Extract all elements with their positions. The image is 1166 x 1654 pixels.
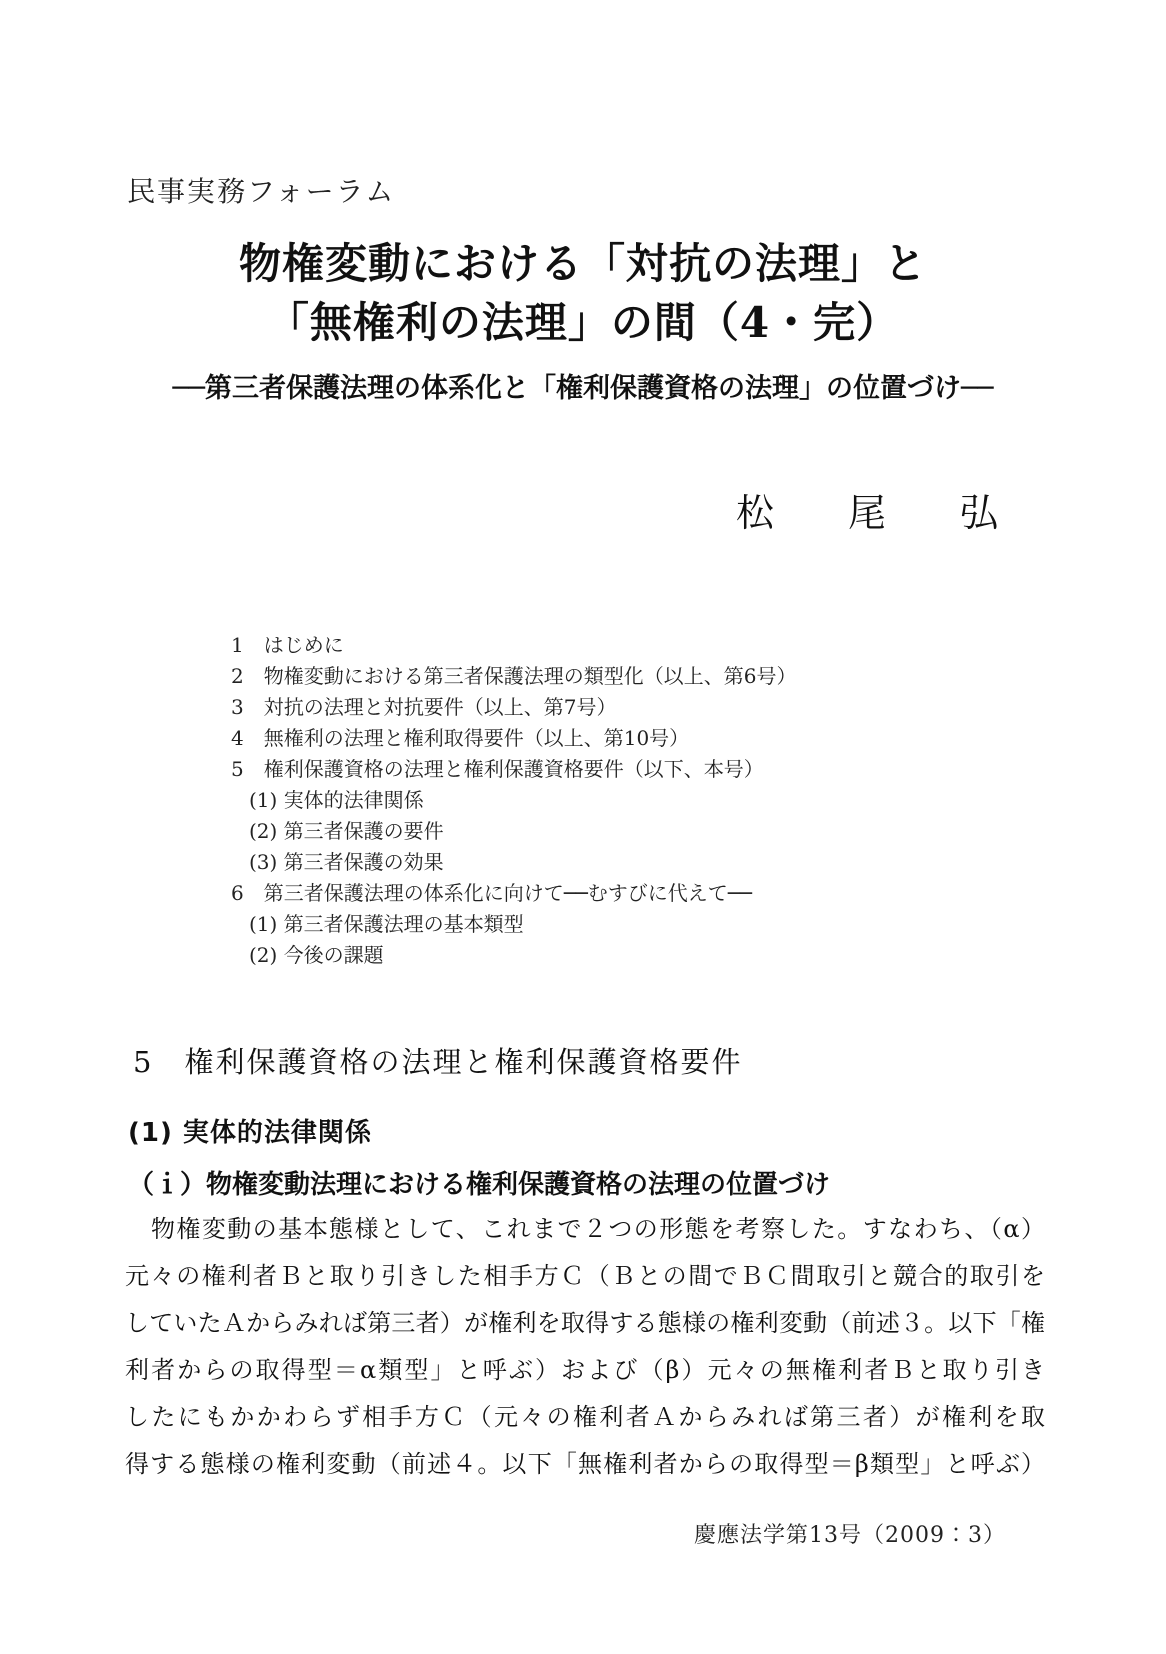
table-of-contents: 1 はじめに 2 物権変動における第三者保護法理の類型化（以上、第6号） 3 対… [231,630,1076,971]
paper-page: 民事実務フォーラム 物権変動における「対抗の法理」と 「無権利の法理」の間（4・… [0,0,1166,1654]
toc-item-1: 1 はじめに [231,630,1076,661]
body-line: していたＡからみれば第三者）が権利を取得する態様の権利変動（前述３。以下「権 [125,1300,1045,1347]
subsubsection-heading: （ｉ）物権変動法理における権利保護資格の法理の位置づけ [128,1164,830,1201]
paper-subtitle: ──第三者保護法理の体系化と「権利保護資格の法理」の位置づけ── [0,366,1166,405]
toc-item-4: 4 無権利の法理と権利取得要件（以上、第10号） [231,723,1076,754]
toc-item-6: 6 第三者保護法理の体系化に向けて──むすびに代えて── [231,878,1076,909]
toc-item-5: 5 権利保護資格の法理と権利保護資格要件（以下、本号） [231,754,1076,785]
journal-footer: 慶應法学第13号（2009：3） [0,1518,1006,1549]
body-line: 得する態様の権利変動（前述４。以下「無権利者からの取得型＝β類型」と呼ぶ） [125,1441,1045,1488]
forum-label: 民事実務フォーラム [127,170,395,210]
toc-item-3: 3 対抗の法理と対抗要件（以上、第7号） [231,692,1076,723]
toc-item-5-3: (3) 第三者保護の効果 [231,847,1076,878]
body-line: 物権変動の基本態様として、これまで２つの形態を考察した。すなわち、（α） [125,1206,1045,1253]
body-line: 利者からの取得型＝α類型」と呼ぶ）および（β）元々の無権利者Ｂと取り引き [125,1347,1045,1394]
paper-title-line2: 「無権利の法理」の間（4・完） [0,293,1166,352]
toc-item-2: 2 物権変動における第三者保護法理の類型化（以上、第6号） [231,661,1076,692]
section-heading: 5 権利保護資格の法理と権利保護資格要件 [133,1040,742,1081]
body-paragraph: 物権変動の基本態様として、これまで２つの形態を考察した。すなわち、（α） 元々の… [125,1206,1045,1488]
toc-item-5-2: (2) 第三者保護の要件 [231,816,1076,847]
subsection-heading: (1) 実体的法律関係 [128,1112,372,1149]
toc-item-5-1: (1) 実体的法律関係 [231,785,1076,816]
author-name: 松 尾 弘 [0,482,1016,537]
body-line: 元々の権利者Ｂと取り引きした相手方Ｃ（Ｂとの間でＢＣ間取引と競合的取引を [125,1253,1045,1300]
body-line: したにもかかわらず相手方Ｃ（元々の権利者Ａからみれば第三者）が権利を取 [125,1394,1045,1441]
toc-item-6-1: (1) 第三者保護法理の基本類型 [231,909,1076,940]
toc-item-6-2: (2) 今後の課題 [231,940,1076,971]
paper-title: 物権変動における「対抗の法理」と 「無権利の法理」の間（4・完） [0,234,1166,352]
paper-title-line1: 物権変動における「対抗の法理」と [0,234,1166,293]
